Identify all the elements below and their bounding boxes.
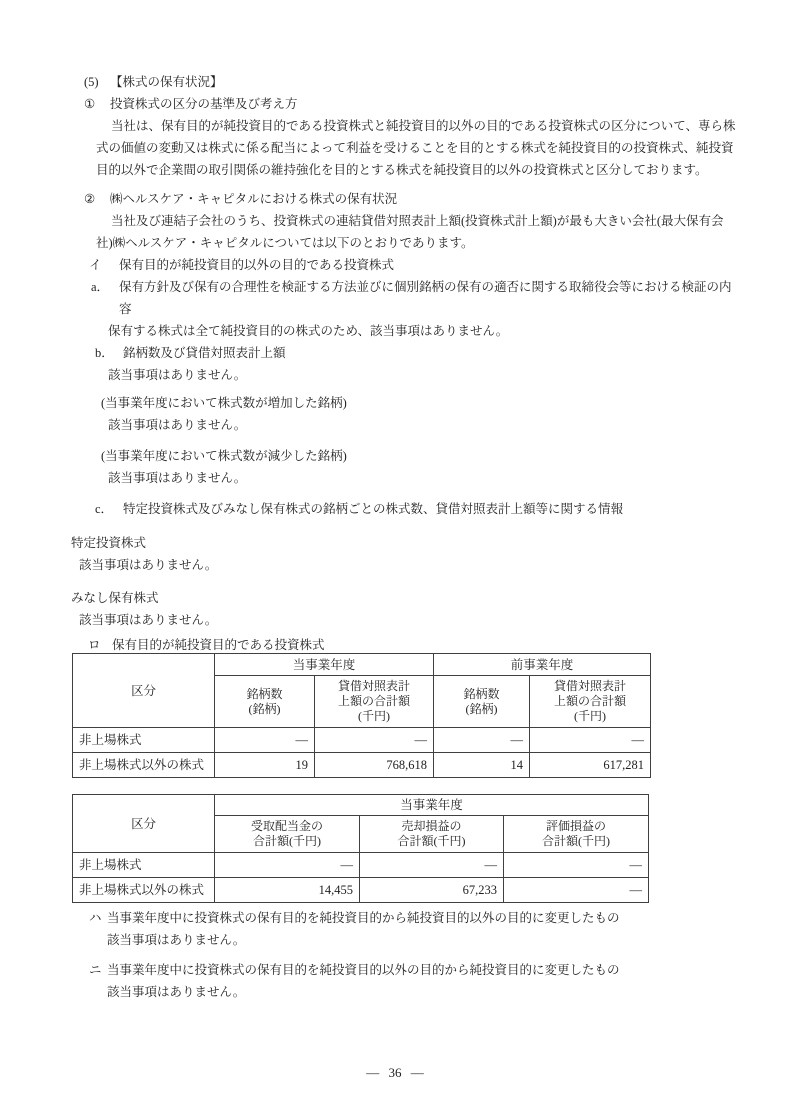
item2-paragraph-line: 社)㈱ヘルスケア・キャピタルについては以下のとおりであります。 (0, 232, 790, 254)
table1-cell: 14 (434, 753, 530, 778)
item-ro-title: 保有目的が純投資目的である投資株式 (112, 638, 325, 652)
item-i-title: 保有目的が純投資目的以外の目的である投資株式 (119, 258, 394, 272)
table2-cell: 67,233 (360, 878, 504, 903)
item-i-marker: イ (89, 254, 119, 276)
item-a-note: 保有する株式は全て純投資目的の株式のため、該当事項はありません。 (0, 320, 790, 342)
table1-row-label: 非上場株式以外の株式 (73, 753, 215, 778)
item-ni-marker: ニ (89, 959, 107, 981)
table1-cell: ― (530, 728, 651, 753)
item2-number: ② (84, 188, 110, 210)
table2-cell: ― (504, 878, 649, 903)
item-a-line: 容 (0, 298, 790, 320)
table1-group-prior-year: 前事業年度 (434, 654, 651, 676)
item-i-heading: イ保有目的が純投資目的以外の目的である投資株式 (0, 254, 790, 276)
specified-stock-title: 特定投資株式 (0, 532, 790, 554)
item-c-heading: c．特定投資株式及びみなし保有株式の銘柄ごとの株式数、貸借対照表計上額等に関する… (0, 498, 790, 520)
table2-subhead: 売却損益の 合計額(千円) (360, 816, 504, 853)
item-ha-marker: ハ (89, 907, 107, 929)
deemed-stock-title: みなし保有株式 (0, 587, 790, 609)
specified-stock-note: 該当事項はありません。 (0, 554, 790, 576)
table2-cell: ― (215, 853, 360, 878)
item-b-heading: b．銘柄数及び貸借対照表計上額 (0, 342, 790, 364)
item2-paragraph-line: 当社及び連結子会社のうち、投資株式の連結貸借対照表計上額(投資株式計上額)が最も… (0, 210, 790, 232)
item-c-title: 特定投資株式及びみなし保有株式の銘柄ごとの株式数、貸借対照表計上額等に関する情報 (123, 502, 623, 516)
item2-heading: ②㈱ヘルスケア・キャピタルにおける株式の保有状況 (0, 188, 790, 210)
item1-paragraph-line: 当社は、保有目的が純投資目的である投資株式と純投資目的以外の目的である投資株式の… (0, 115, 790, 137)
table1-cell: 19 (215, 753, 315, 778)
section-title: 【株式の保有状況】 (110, 75, 223, 89)
deemed-stock-note: 該当事項はありません。 (0, 609, 790, 631)
item-a-line: a．保有方針及び保有の合理性を検証する方法並びに個別銘柄の保有の適否に関する取締… (0, 276, 790, 298)
decrease-caption: (当事業年度において株式数が減少した銘柄) (0, 445, 790, 467)
table2-row-label: 非上場株式 (73, 853, 215, 878)
item1-number: ① (84, 93, 110, 115)
table2-subhead: 評価損益の 合計額(千円) (504, 816, 649, 853)
gains-losses-table: 区分 当事業年度 受取配当金の 合計額(千円) 売却損益の 合計額(千円) 評価… (72, 794, 649, 903)
increase-note: 該当事項はありません。 (0, 414, 790, 436)
decrease-note: 該当事項はありません。 (0, 467, 790, 489)
table1-corner-header: 区分 (73, 654, 215, 728)
item-ro-marker: ロ (88, 637, 112, 653)
item-b-note: 該当事項はありません。 (0, 364, 790, 386)
section-number: (5) (84, 71, 110, 93)
table1-cell: ― (315, 728, 434, 753)
table2-group-current-year: 当事業年度 (215, 795, 649, 816)
table2-cell: ― (360, 853, 504, 878)
table1-cell: 768,618 (315, 753, 434, 778)
table2-subhead: 受取配当金の 合計額(千円) (215, 816, 360, 853)
item1-title: 投資株式の区分の基準及び考え方 (110, 97, 298, 111)
item-a-text: 保有方針及び保有の合理性を検証する方法並びに個別銘柄の保有の適否に関する取締役会… (119, 280, 732, 294)
item-b-title: 銘柄数及び貸借対照表計上額 (123, 346, 286, 360)
table1-subhead: 貸借対照表計 上額の合計額 (千円) (315, 676, 434, 728)
page-number: ― 36 ― (0, 1062, 790, 1084)
item-ha-note: 該当事項はありません。 (0, 929, 790, 951)
table1-cell: ― (215, 728, 315, 753)
table2-cell: 14,455 (215, 878, 360, 903)
table-row: 非上場株式以外の株式 19 768,618 14 617,281 (73, 753, 651, 778)
table2-corner-header: 区分 (73, 795, 215, 853)
item-b-marker: b． (95, 342, 123, 364)
table2-row-label: 非上場株式以外の株式 (73, 878, 215, 903)
table1-group-current-year: 当事業年度 (215, 654, 434, 676)
table-row: 非上場株式 ― ― ― ― (73, 728, 651, 753)
table1-cell: 617,281 (530, 753, 651, 778)
item-a-marker: a． (91, 276, 109, 298)
table-row: 非上場株式 ― ― ― (73, 853, 649, 878)
item1-heading: ①投資株式の区分の基準及び考え方 (0, 93, 790, 115)
item-ni-title: 当事業年度中に投資株式の保有目的を純投資目的以外の目的から純投資目的に変更したも… (107, 963, 620, 977)
table1-subhead: 貸借対照表計 上額の合計額 (千円) (530, 676, 651, 728)
table-row: 非上場株式以外の株式 14,455 67,233 ― (73, 878, 649, 903)
item-ni-heading: ニ当事業年度中に投資株式の保有目的を純投資目的以外の目的から純投資目的に変更した… (0, 959, 790, 981)
item-c-marker: c． (95, 498, 123, 520)
item1-paragraph-line: 式の価値の変動又は株式に係る配当によって利益を受けることを目的とする株式を純投資… (0, 137, 790, 159)
page-content: (5)【株式の保有状況】 ①投資株式の区分の基準及び考え方 当社は、保有目的が純… (0, 0, 790, 1003)
table1-cell: ― (434, 728, 530, 753)
item-ro-heading: ロ保有目的が純投資目的である投資株式 (0, 637, 790, 653)
section-heading: (5)【株式の保有状況】 (0, 71, 790, 93)
table1-subhead: 銘柄数 (銘柄) (434, 676, 530, 728)
table2-cell: ― (504, 853, 649, 878)
item-ha-title: 当事業年度中に投資株式の保有目的を純投資目的から純投資目的以外の目的に変更したも… (107, 911, 620, 925)
holdings-summary-table: 区分 当事業年度 前事業年度 銘柄数 (銘柄) 貸借対照表計 上額の合計額 (千… (72, 653, 651, 778)
increase-caption: (当事業年度において株式数が増加した銘柄) (0, 392, 790, 414)
document-page: (5)【株式の保有状況】 ①投資株式の区分の基準及び考え方 当社は、保有目的が純… (0, 0, 790, 1118)
table1-subhead: 銘柄数 (銘柄) (215, 676, 315, 728)
item-ha-heading: ハ当事業年度中に投資株式の保有目的を純投資目的から純投資目的以外の目的に変更した… (0, 907, 790, 929)
item1-paragraph-line: 目的以外で企業間の取引関係の維持強化を目的とする株式を純投資目的以外の投資株式と… (0, 159, 790, 181)
table1-row-label: 非上場株式 (73, 728, 215, 753)
item-ni-note: 該当事項はありません。 (0, 981, 790, 1003)
item2-title: ㈱ヘルスケア・キャピタルにおける株式の保有状況 (110, 192, 397, 206)
